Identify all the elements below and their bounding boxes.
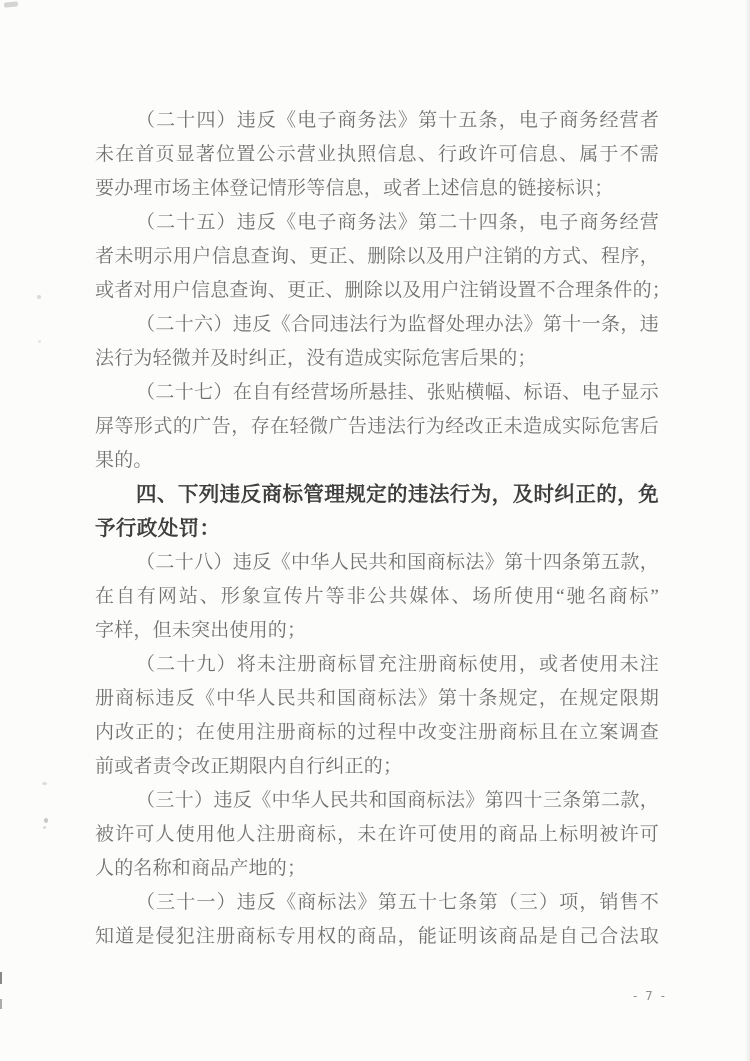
scan-artifact <box>0 972 2 984</box>
text-line: 被许可人使用他人注册商标，未在许可使用的商品上标明被许可 <box>95 818 659 852</box>
text-line: 在自有网站、形象宣传片等非公共媒体、场所使用“驰名商标” <box>95 580 659 614</box>
heading-line: 予行政处罚： <box>95 512 659 546</box>
text-line: （二十六）违反《合同违法行为监督处理办法》第十一条，违 <box>95 308 659 342</box>
text-line: （三十一）违反《商标法》第五十七条第（三）项，销售不 <box>95 886 659 920</box>
document-page: （二十四）违反《电子商务法》第十五条，电子商务经营者未在首页显著位置公示营业执照… <box>0 0 750 1061</box>
text-line: （三十）违反《中华人民共和国商标法》第四十三条第二款， <box>95 784 659 818</box>
text-line: 法行为轻微并及时纠正，没有造成实际危害后果的； <box>95 342 659 376</box>
heading-line: 四、下列违反商标管理规定的违法行为，及时纠正的，免 <box>95 478 659 512</box>
text-line: 未在首页显著位置公示营业执照信息、行政许可信息、属于不需 <box>95 138 659 172</box>
scan-artifact <box>42 782 47 785</box>
text-line: 内改正的；在使用注册商标的过程中改变注册商标且在立案调查 <box>95 716 659 750</box>
text-line: （二十九）将未注册商标冒充注册商标使用，或者使用未注 <box>95 648 659 682</box>
scan-edge-shadow <box>745 0 750 1061</box>
text-line: （二十五）违反《电子商务法》第二十四条，电子商务经营 <box>95 206 659 240</box>
text-line: 屏等形式的广告，存在轻微广告违法行为经改正未造成实际危害后 <box>95 410 659 444</box>
text-line: 册商标违反《中华人民共和国商标法》第十条规定，在规定限期 <box>95 682 659 716</box>
scan-artifact <box>37 295 41 299</box>
scan-artifact <box>43 826 46 829</box>
scan-artifact <box>44 818 48 823</box>
scan-artifact <box>38 340 41 343</box>
text-line: 知道是侵犯注册商标专用权的商品，能证明该商品是自己合法取 <box>95 920 659 954</box>
page-number: - 7 - <box>628 989 672 1003</box>
text-line: 要办理市场主体登记情形等信息，或者上述信息的链接标识； <box>95 172 659 206</box>
document-body: （二十四）违反《电子商务法》第十五条，电子商务经营者未在首页显著位置公示营业执照… <box>95 104 659 954</box>
scan-artifact <box>0 999 2 1009</box>
text-line: 人的名称和商品产地的； <box>95 852 659 886</box>
text-line: 字样，但未突出使用的； <box>95 614 659 648</box>
text-line: （二十七）在自有经营场所悬挂、张贴横幅、标语、电子显示 <box>95 376 659 410</box>
text-line: 者未明示用户信息查询、更正、删除以及用户注销的方式、程序， <box>95 240 659 274</box>
scan-artifact <box>4 1 18 7</box>
text-line: （二十四）违反《电子商务法》第十五条，电子商务经营者 <box>95 104 659 138</box>
text-line: 前或者责令改正期限内自行纠正的； <box>95 750 659 784</box>
text-line: 果的。 <box>95 444 659 478</box>
text-line: 或者对用户信息查询、更正、删除以及用户注销设置不合理条件的； <box>95 274 659 308</box>
text-line: （二十八）违反《中华人民共和国商标法》第十四条第五款， <box>95 546 659 580</box>
